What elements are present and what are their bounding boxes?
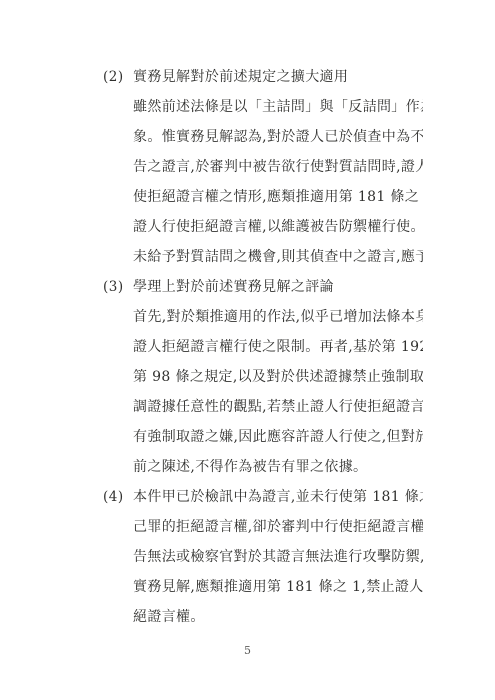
text-line: 有強制取證之嫌,因此應容許證人行使之,但對於其先: [133, 422, 423, 452]
text-line: 證人行使拒絕證言權,以維護被告防禦權行使。若證人: [133, 212, 423, 242]
text-line: 調證據任意性的觀點,若禁止證人行使拒絕證言權,將: [133, 392, 423, 422]
text-line: 未給予對質詰問之機會,則其偵查中之證言,應予排除。: [133, 242, 423, 272]
page-number: 5: [0, 644, 495, 657]
text-line: 告無法或檢察官對於其證言無法進行攻擊防禦,依前述: [133, 542, 423, 572]
text-line: 象。惟實務見解認為,對於證人已於偵查中為不利於被: [133, 122, 423, 152]
text-line: 前之陳述,不得作為被告有罪之依據。: [133, 452, 423, 482]
text-line: 使拒絕證言權之情形,應類推適用第 181 條之 1,禁止: [133, 182, 423, 212]
section-marker: (4): [103, 482, 124, 512]
text-line: 第 98 條之規定,以及對於供述證據禁止強制取證,強: [133, 362, 423, 392]
text-line: 己罪的拒絕證言權,卻於審判中行使拒絕證言權,致被: [133, 512, 423, 542]
section-marker: (2): [103, 62, 124, 92]
text-line: 實務見解,應類推適用第 181 條之 1,禁止證人行使拒: [133, 572, 423, 602]
text-line: 雖然前述法條是以「主詰問」與「反詰問」作為規範對: [133, 92, 423, 122]
text-block: (2) 實務見解對於前述規定之擴大適用 雖然前述法條是以「主詰問」與「反詰問」作…: [103, 62, 423, 632]
section-marker: (3): [103, 272, 124, 302]
document-page: (2) 實務見解對於前述規定之擴大適用 雖然前述法條是以「主詰問」與「反詰問」作…: [0, 0, 495, 700]
section-heading: 實務見解對於前述規定之擴大適用: [133, 62, 423, 92]
section-4: (4) 本件甲已於檢訊中為證言,並未行使第 181 條之不自證 己罪的拒絕證言權…: [103, 482, 423, 632]
section-3: (3) 學理上對於前述實務見解之評論 首先,對於類推適用的作法,似乎已增加法條本…: [103, 272, 423, 482]
text-line: 本件甲已於檢訊中為證言,並未行使第 181 條之不自證: [133, 482, 423, 512]
text-line: 首先,對於類推適用的作法,似乎已增加法條本身對於: [133, 302, 423, 332]
section-heading: 學理上對於前述實務見解之評論: [133, 272, 423, 302]
section-2: (2) 實務見解對於前述規定之擴大適用 雖然前述法條是以「主詰問」與「反詰問」作…: [103, 62, 423, 272]
text-line: 告之證言,於審判中被告欲行使對質詰問時,證人卻行: [133, 152, 423, 182]
text-line: 證人拒絕證言權行使之限制。再者,基於第 192 條準用: [133, 332, 423, 362]
text-line: 絕證言權。: [133, 602, 423, 632]
